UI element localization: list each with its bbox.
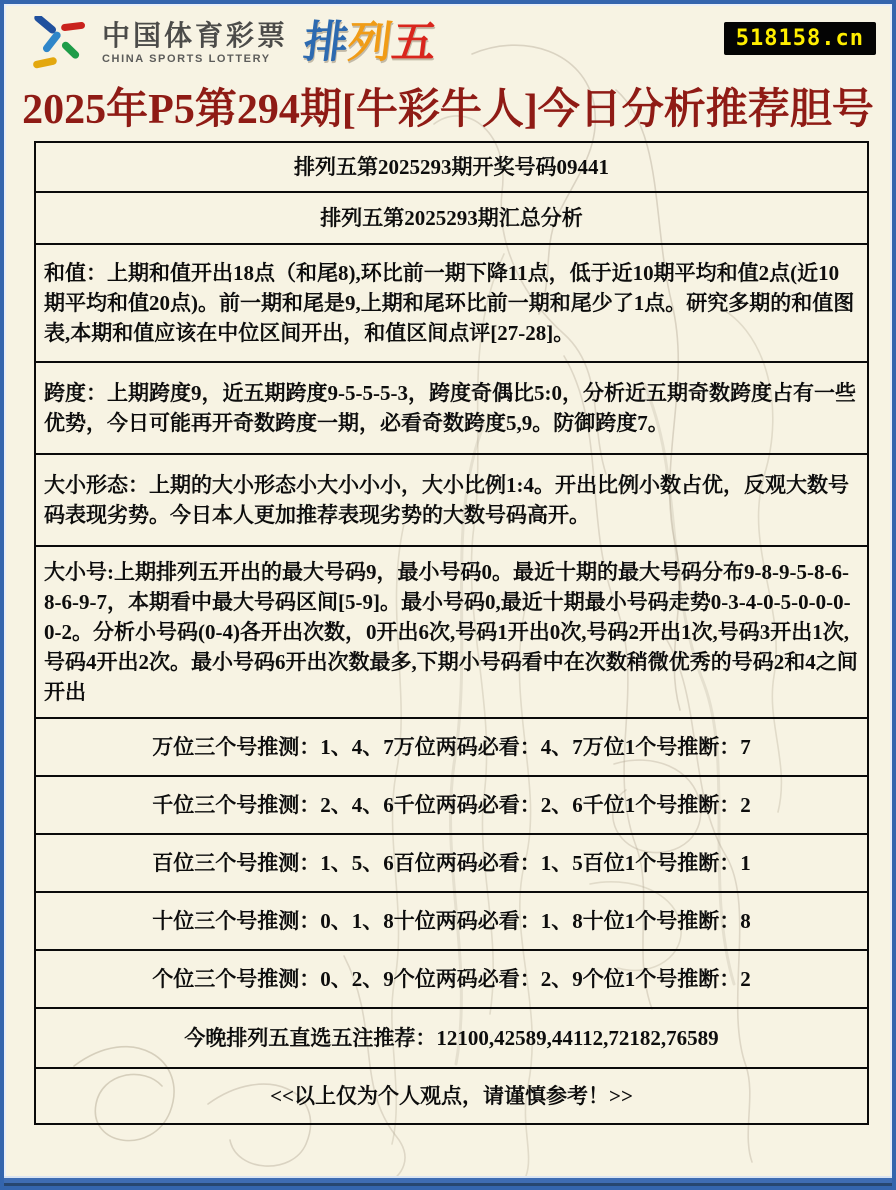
product-char-lie: 列 — [345, 21, 394, 65]
brand-name-cn: 中国体育彩票 — [102, 22, 288, 50]
header: 中国体育彩票 CHINA SPORTS LOTTERY 排 列 五 518158… — [28, 16, 882, 76]
site-badge[interactable]: 518158.cn — [724, 22, 876, 55]
product-char-pai: 排 — [301, 21, 350, 65]
brand-name-en: CHINA SPORTS LOTTERY — [102, 54, 288, 65]
table-row-direct-picks: 今晚排列五直选五注推荐：12100,42589,44112,72182,7658… — [36, 1009, 867, 1069]
table-row-sum-analysis: 和值：上期和值开出18点（和尾8),环比前一期下降11点，低于近10期平均和值2… — [36, 245, 867, 363]
product-char-wu: 五 — [389, 21, 438, 65]
product-name: 排 列 五 — [301, 21, 438, 65]
table-row-summary-title: 排列五第2025293期汇总分析 — [36, 193, 867, 245]
table-row-span-analysis: 跨度：上期跨度9，近五期跨度9-5-5-5-3，跨度奇偶比5:0，分析近五期奇数… — [36, 363, 867, 455]
bottom-accent-bar — [4, 1176, 892, 1186]
table-row-bai-prediction: 百位三个号推测：1、5、6百位两码必看：1、5百位1个号推断：1 — [36, 835, 867, 893]
page-root: 中国体育彩票 CHINA SPORTS LOTTERY 排 列 五 518158… — [0, 0, 896, 1190]
table-row-qian-prediction: 千位三个号推测：2、4、6千位两码必看：2、6千位1个号推断：2 — [36, 777, 867, 835]
table-row-ge-prediction: 个位三个号推测：0、2、9个位两码必看：2、9个位1个号推断：2 — [36, 951, 867, 1009]
table-row-disclaimer: <<以上仅为个人观点，请谨慎参考！>> — [36, 1069, 867, 1123]
table-row-draw-result: 排列五第2025293期开奖号码09441 — [36, 143, 867, 193]
table-row-wan-prediction: 万位三个号推测：1、4、7万位两码必看：4、7万位1个号推断：7 — [36, 719, 867, 777]
analysis-table: 排列五第2025293期开奖号码09441 排列五第2025293期汇总分析 和… — [34, 141, 869, 1125]
sports-lottery-logo-icon — [28, 16, 92, 70]
page-title: 2025年P5第294期[牛彩牛人]今日分析推荐胆号 — [14, 76, 882, 136]
table-row-shi-prediction: 十位三个号推测：0、1、8十位两码必看：1、8十位1个号推断：8 — [36, 893, 867, 951]
table-row-minmax-analysis: 大小号:上期排列五开出的最大号码9，最小号码0。最近十期的最大号码分布9-8-9… — [36, 547, 867, 719]
brand-text: 中国体育彩票 CHINA SPORTS LOTTERY — [102, 22, 288, 65]
table-row-size-pattern: 大小形态：上期的大小形态小大小小小，大小比例1:4。开出比例小数占优，反观大数号… — [36, 455, 867, 547]
